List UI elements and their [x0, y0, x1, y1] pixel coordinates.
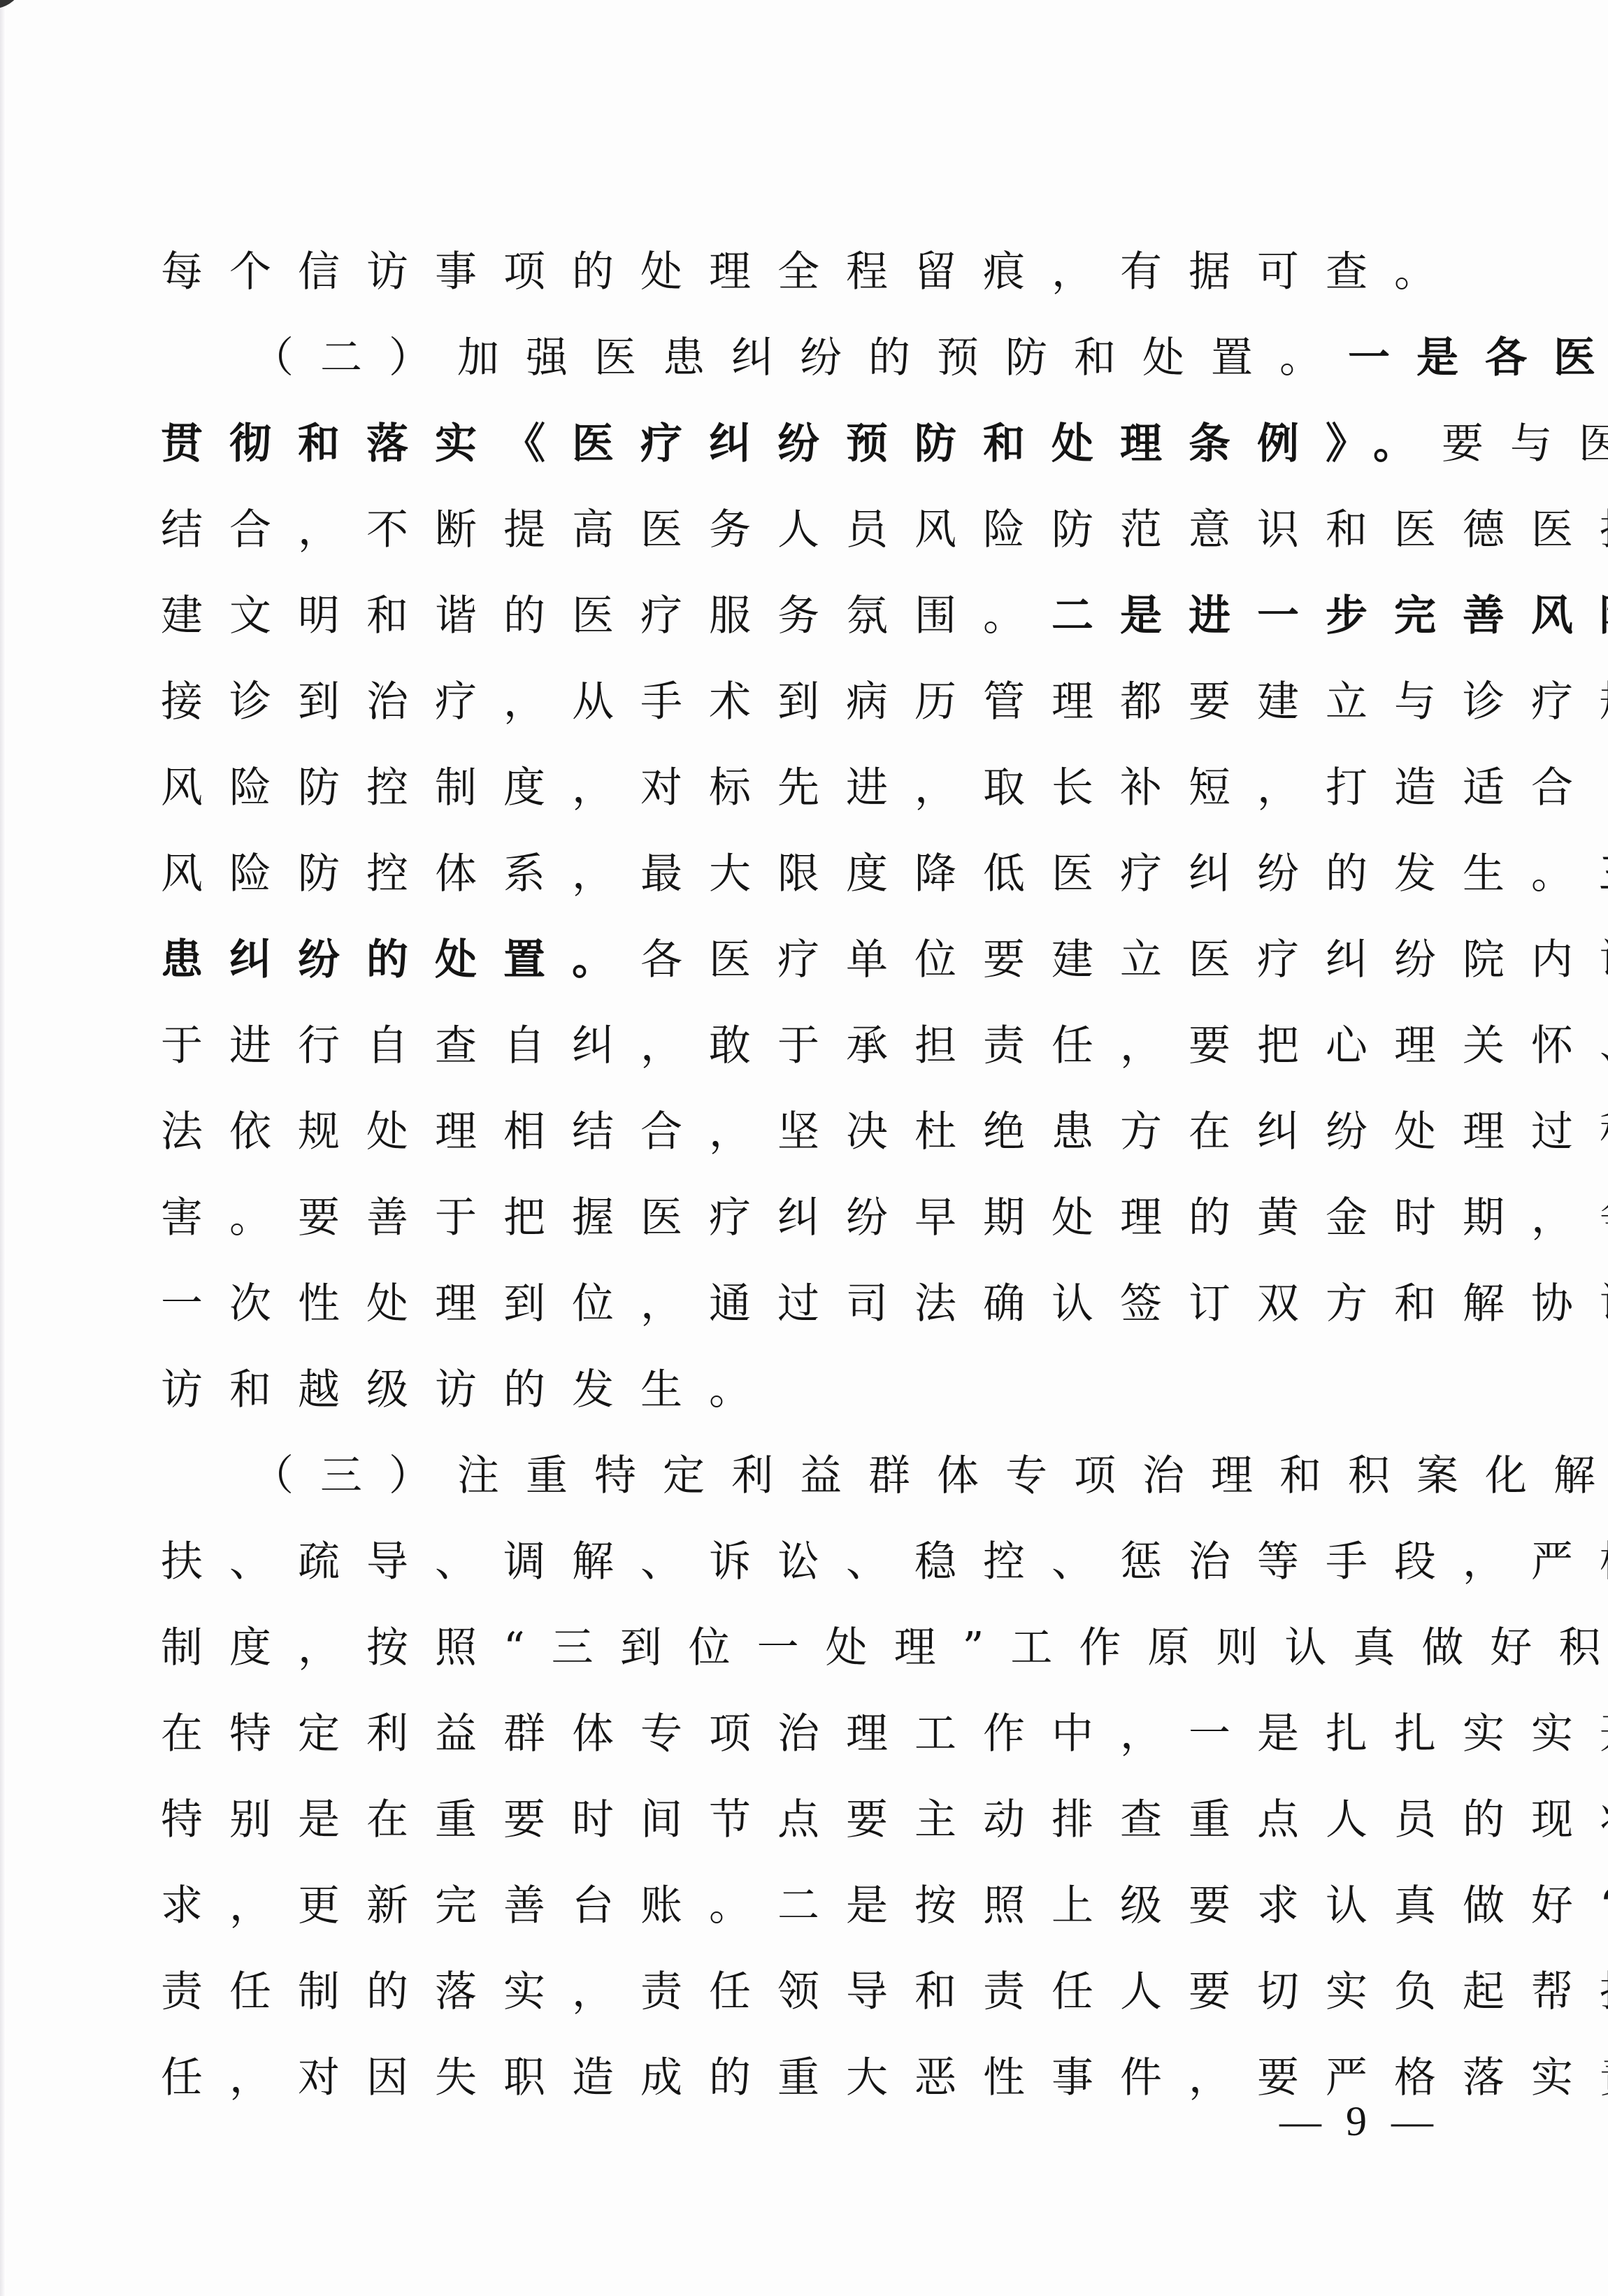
text-segment: 在特定利益群体专项治理工作中，一是扎扎实实开展矛盾排查，: [161, 1709, 1608, 1758]
text-segment: 风险防控体系，最大限度降低医疗纠纷的发生。: [161, 849, 1600, 898]
text-line: 建文明和谐的医疗服务氛围。二是进一步完善风险防范体系。从: [161, 573, 1475, 659]
text-line: 风险防控制度，对标先进，取长补短，打造适合自身特点的医疗: [161, 745, 1475, 831]
text-line: 在特定利益群体专项治理工作中，一是扎扎实实开展矛盾排查，: [161, 1691, 1475, 1777]
text-line: 接诊到治疗，从手术到病历管理都要建立与诊疗规范相互配套的: [161, 659, 1475, 745]
text-line: （二）加强医患纠纷的预防和处置。一是各医疗单位要全面: [161, 315, 1475, 401]
text-segment: 特别是在重要时间节点要主动排查重点人员的现状，了解最新诉: [161, 1795, 1608, 1844]
text-line: 结合，不断提高医务人员风险防范意识和医德医技水平，努力构: [161, 487, 1475, 573]
text-segment: 扶、疏导、调解、诉讼、稳控、惩治等手段，严格落实领导包案: [161, 1537, 1608, 1586]
text-line: 每个信访事项的处理全程留痕，有据可查。: [161, 229, 1475, 315]
text-segment: （三）注重特定利益群体专项治理和积案化解。: [252, 1451, 1608, 1500]
text-segment: 每个信访事项的处理全程留痕，有据可查。: [161, 247, 1463, 296]
text-segment: （二）加强医患纠纷的预防和处置。: [252, 333, 1348, 382]
scan-edge: [0, 0, 6, 2296]
text-segment: 一次性处理到位，通过司法确认签订双方和解协议，有效减少重: [161, 1279, 1608, 1328]
text-line: 任，对因失职造成的重大恶性事件，要严格落实责任追究。三是: [161, 2035, 1475, 2121]
text-segment: 害。要善于把握医疗纠纷早期处理的黄金时期，争取有理有据地: [161, 1193, 1608, 1242]
text-segment: 法依规处理相结合，坚决杜绝患方在纠纷处理过程中受到二次伤: [161, 1107, 1608, 1156]
bold-text-segment: 贯彻和落实《医疗纠纷预防和处理条例》。: [161, 419, 1442, 468]
text-segment: 风险防控制度，对标先进，取长补短，打造适合自身特点的医疗: [161, 763, 1608, 812]
bold-text-segment: 二是进一步完善风险防范体系。: [1051, 591, 1608, 640]
text-segment: 任，对因失职造成的重大恶性事件，要严格落实责任追究。三是: [161, 2053, 1608, 2102]
text-line: 风险防控体系，最大限度降低医疗纠纷的发生。三是切实做好医: [161, 831, 1475, 917]
text-segment: 建文明和谐的医疗服务氛围。: [161, 591, 1051, 640]
text-line: 扶、疏导、调解、诉讼、稳控、惩治等手段，严格落实领导包案: [161, 1519, 1475, 1605]
text-segment: 求，更新完善台账。二是按照上级要求认真做好“四定四包”: [161, 1881, 1608, 1930]
text-segment: 各医疗单位要建立医疗纠纷院内评估委员会，勇: [640, 935, 1608, 984]
text-segment: 结合，不断提高医务人员风险防范意识和医德医技水平，努力构: [161, 505, 1608, 554]
text-segment: 制度，按照“三到位一处理”工作原则认真做好积案化解工作。: [161, 1623, 1608, 1672]
document-body: 每个信访事项的处理全程留痕，有据可查。（二）加强医患纠纷的预防和处置。一是各医疗…: [161, 229, 1475, 2121]
text-line: 责任制的落实，责任领导和责任人要切实负起帮扶教育和稳控责: [161, 1949, 1475, 2035]
text-line: 一次性处理到位，通过司法确认签订双方和解协议，有效减少重: [161, 1261, 1475, 1347]
page-number: — 9 —: [1279, 2097, 1440, 2146]
text-line: 特别是在重要时间节点要主动排查重点人员的现状，了解最新诉: [161, 1777, 1475, 1863]
text-line: （三）注重特定利益群体专项治理和积案化解。综合运用帮: [161, 1433, 1475, 1519]
text-segment: 访和越级访的发生。: [161, 1365, 777, 1414]
text-line: 制度，按照“三到位一处理”工作原则认真做好积案化解工作。: [161, 1605, 1475, 1691]
text-line: 求，更新完善台账。二是按照上级要求认真做好“四定四包”: [161, 1863, 1475, 1949]
text-segment: 接诊到治疗，从手术到病历管理都要建立与诊疗规范相互配套的: [161, 677, 1608, 726]
bold-text-segment: 一是各医疗单位要全面: [1348, 333, 1608, 382]
text-line: 法依规处理相结合，坚决杜绝患方在纠纷处理过程中受到二次伤: [161, 1089, 1475, 1175]
text-line: 访和越级访的发生。: [161, 1347, 1475, 1433]
text-line: 害。要善于把握医疗纠纷早期处理的黄金时期，争取有理有据地: [161, 1175, 1475, 1261]
bold-text-segment: 三是切实做好医: [1600, 849, 1608, 898]
text-line: 于进行自查自纠，敢于承担责任，要把心理关怀、精神慰藉与依: [161, 1003, 1475, 1089]
text-line: 贯彻和落实《医疗纠纷预防和处理条例》。要与医德医风建设相: [161, 401, 1475, 487]
text-segment: 要与医德医风建设相: [1442, 419, 1608, 468]
text-line: 患纠纷的处置。各医疗单位要建立医疗纠纷院内评估委员会，勇: [161, 917, 1475, 1003]
text-segment: 于进行自查自纠，敢于承担责任，要把心理关怀、精神慰藉与依: [161, 1021, 1608, 1070]
text-segment: 责任制的落实，责任领导和责任人要切实负起帮扶教育和稳控责: [161, 1967, 1608, 2016]
document-page: 每个信访事项的处理全程留痕，有据可查。（二）加强医患纠纷的预防和处置。一是各医疗…: [0, 0, 1608, 2296]
bold-text-segment: 患纠纷的处置。: [161, 935, 640, 984]
